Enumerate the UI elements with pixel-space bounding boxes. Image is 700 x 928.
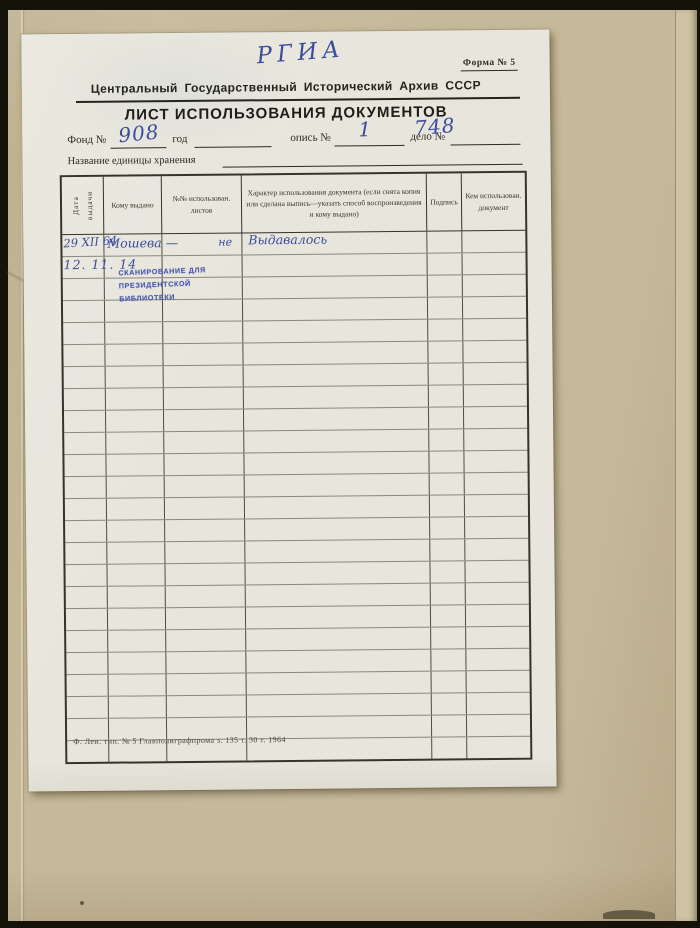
table-cell — [66, 609, 108, 630]
table-cell — [63, 323, 105, 344]
table-cell — [245, 540, 430, 563]
table-cell — [430, 473, 465, 494]
table-cell — [467, 671, 530, 693]
table-cell — [466, 605, 529, 627]
table-cell — [243, 298, 428, 321]
table-cell — [465, 517, 528, 539]
table-cell — [63, 301, 105, 322]
table-cell — [164, 453, 244, 475]
table-cell — [430, 495, 465, 516]
table-cell — [428, 341, 463, 362]
column-header: Характер использования документа (если с… — [242, 174, 428, 233]
table-cell — [108, 586, 166, 608]
entry-sheets: не — [218, 236, 232, 249]
table-cell — [429, 385, 464, 406]
table-cell — [65, 521, 107, 542]
table-cell — [164, 409, 244, 431]
table-cell — [67, 697, 109, 718]
table-cell — [244, 386, 429, 409]
fond-value-handwritten: 908 — [117, 119, 160, 147]
table-cell — [464, 407, 527, 429]
table-cell — [246, 628, 431, 651]
year-blank — [194, 146, 271, 148]
table-cell — [462, 231, 525, 253]
usage-sheet-form: РГИА Форма № 5 Центральный Государственн… — [21, 29, 556, 791]
fond-label: Фонд № — [67, 134, 106, 146]
table-cell — [245, 562, 430, 585]
table-cell — [165, 519, 245, 541]
table-cell — [464, 385, 527, 407]
table-cell — [109, 674, 167, 696]
table-cell — [247, 694, 432, 717]
column-header: №№ использован. листов — [162, 175, 243, 233]
table-cell — [428, 253, 463, 274]
table-cell — [246, 584, 431, 607]
table-cell — [164, 387, 244, 409]
table-cell — [64, 433, 106, 454]
table-cell — [428, 275, 463, 296]
table-cell — [106, 410, 164, 432]
table-cell — [466, 627, 529, 649]
table-cell — [243, 254, 428, 277]
table-cell — [429, 407, 464, 428]
handwritten-archive-code: РГИА — [256, 36, 346, 69]
table-cell — [106, 432, 164, 454]
table-cell — [164, 365, 244, 387]
table-cell — [431, 649, 466, 670]
unit-name-label: Название единицы хранения — [68, 155, 196, 167]
table-cell — [246, 606, 431, 629]
table-cell — [465, 473, 528, 495]
table-cell — [464, 451, 527, 473]
table-cell — [64, 411, 106, 432]
table-cell — [65, 499, 107, 520]
table-cell — [463, 275, 526, 297]
column-header: Кем использован. документ — [462, 173, 526, 231]
table-cell — [245, 474, 430, 497]
table-cell — [243, 276, 428, 299]
table-cell — [427, 231, 462, 252]
header-rule — [76, 97, 520, 103]
table-cell — [64, 455, 106, 476]
table-cell — [432, 715, 467, 736]
table-cell — [109, 696, 167, 718]
table-cell — [247, 672, 432, 695]
opis-label: опись № — [290, 132, 331, 144]
table-cell — [164, 431, 244, 453]
table-cell — [66, 653, 108, 674]
table-cell — [463, 319, 526, 341]
scanned-archive-page: РГИА Форма № 5 Центральный Государственн… — [0, 0, 700, 928]
unit-name-blank — [223, 164, 523, 168]
table-cell — [465, 561, 528, 583]
table-cell — [105, 322, 163, 344]
table-cell — [64, 367, 106, 388]
entry-issued-to: Мошева — — [107, 235, 178, 251]
table-cell — [163, 321, 243, 343]
table-cell — [467, 693, 530, 715]
table-cell — [244, 452, 429, 475]
table-cell — [105, 344, 163, 366]
table-header-row: ДатавыдачиКому выдано№№ использован. лис… — [62, 173, 526, 235]
form-number-label: Форма № 5 — [461, 58, 518, 72]
scanning-stamp: СКАНИРОВАНИЕ ДЛЯ ПРЕЗИДЕНТСКОЙ БИБЛИОТЕК… — [118, 262, 249, 306]
table-body — [62, 231, 530, 762]
table-cell — [429, 429, 464, 450]
table-cell — [167, 695, 247, 717]
table-cell — [431, 605, 466, 626]
table-cell — [466, 649, 529, 671]
table-cell — [462, 253, 525, 275]
column-header: Датавыдачи — [62, 177, 105, 234]
table-cell — [430, 539, 465, 560]
table-cell — [245, 496, 430, 519]
table-cell — [167, 673, 247, 695]
table-cell — [66, 631, 108, 652]
table-cell — [244, 408, 429, 431]
organization-name: Центральный Государственный Исторический… — [22, 77, 550, 96]
table-cell — [467, 715, 530, 737]
table-cell — [108, 630, 166, 652]
table-cell — [165, 475, 245, 497]
table-cell — [428, 297, 463, 318]
table-cell — [429, 451, 464, 472]
usage-table: ДатавыдачиКому выдано№№ использован. лис… — [60, 171, 533, 764]
entry-usage: Выдавалось — [248, 232, 327, 248]
table-cell — [63, 345, 105, 366]
table-cell — [432, 671, 467, 692]
table-cell — [463, 341, 526, 363]
table-cell — [107, 564, 165, 586]
table-cell — [463, 297, 526, 319]
table-cell — [464, 429, 527, 451]
table-cell — [66, 587, 108, 608]
table-cell — [430, 561, 465, 582]
folder-speck — [80, 901, 84, 905]
table-cell — [67, 675, 109, 696]
table-cell — [166, 629, 246, 651]
opis-blank — [334, 145, 404, 147]
folder-edge-tear — [603, 910, 655, 919]
table-cell — [429, 363, 464, 384]
table-cell — [65, 477, 107, 498]
table-cell — [165, 541, 245, 563]
delo-blank — [450, 144, 520, 146]
table-cell — [107, 476, 165, 498]
table-cell — [245, 518, 430, 541]
column-header: Подпись — [427, 173, 463, 230]
table-cell — [107, 542, 165, 564]
table-cell — [165, 563, 245, 585]
table-cell — [432, 693, 467, 714]
table-cell — [432, 737, 467, 758]
table-cell — [107, 520, 165, 542]
table-cell — [466, 583, 529, 605]
table-cell — [166, 607, 246, 629]
table-cell — [64, 389, 106, 410]
table-cell — [166, 585, 246, 607]
table-cell — [467, 737, 530, 759]
table-cell — [430, 517, 465, 538]
opis-value-handwritten: 1 — [358, 117, 372, 141]
delo-value-handwritten: 748 — [413, 113, 456, 140]
table-cell — [106, 388, 164, 410]
table-cell — [464, 363, 527, 385]
table-cell — [165, 497, 245, 519]
column-header: Кому выдано — [104, 176, 163, 234]
table-cell — [108, 652, 166, 674]
table-cell — [246, 650, 431, 673]
form-title: ЛИСТ ИСПОЛЬЗОВАНИЯ ДОКУМЕНТОВ — [22, 102, 550, 124]
year-label: год — [172, 133, 187, 145]
table-cell — [431, 583, 466, 604]
table-cell — [243, 342, 428, 365]
table-cell — [243, 320, 428, 343]
table-cell — [244, 364, 429, 387]
table-cell — [244, 430, 429, 453]
table-cell — [65, 543, 107, 564]
table-cell — [108, 608, 166, 630]
table-cell — [107, 498, 165, 520]
table-cell — [106, 366, 164, 388]
table-cell — [428, 319, 463, 340]
table-cell — [63, 279, 105, 300]
table-cell — [163, 343, 243, 365]
table-cell — [65, 565, 107, 586]
book-page-edges — [675, 10, 697, 921]
table-cell — [106, 454, 164, 476]
table-cell — [431, 627, 466, 648]
table-cell — [465, 539, 528, 561]
table-cell — [166, 651, 246, 673]
table-cell — [465, 495, 528, 517]
